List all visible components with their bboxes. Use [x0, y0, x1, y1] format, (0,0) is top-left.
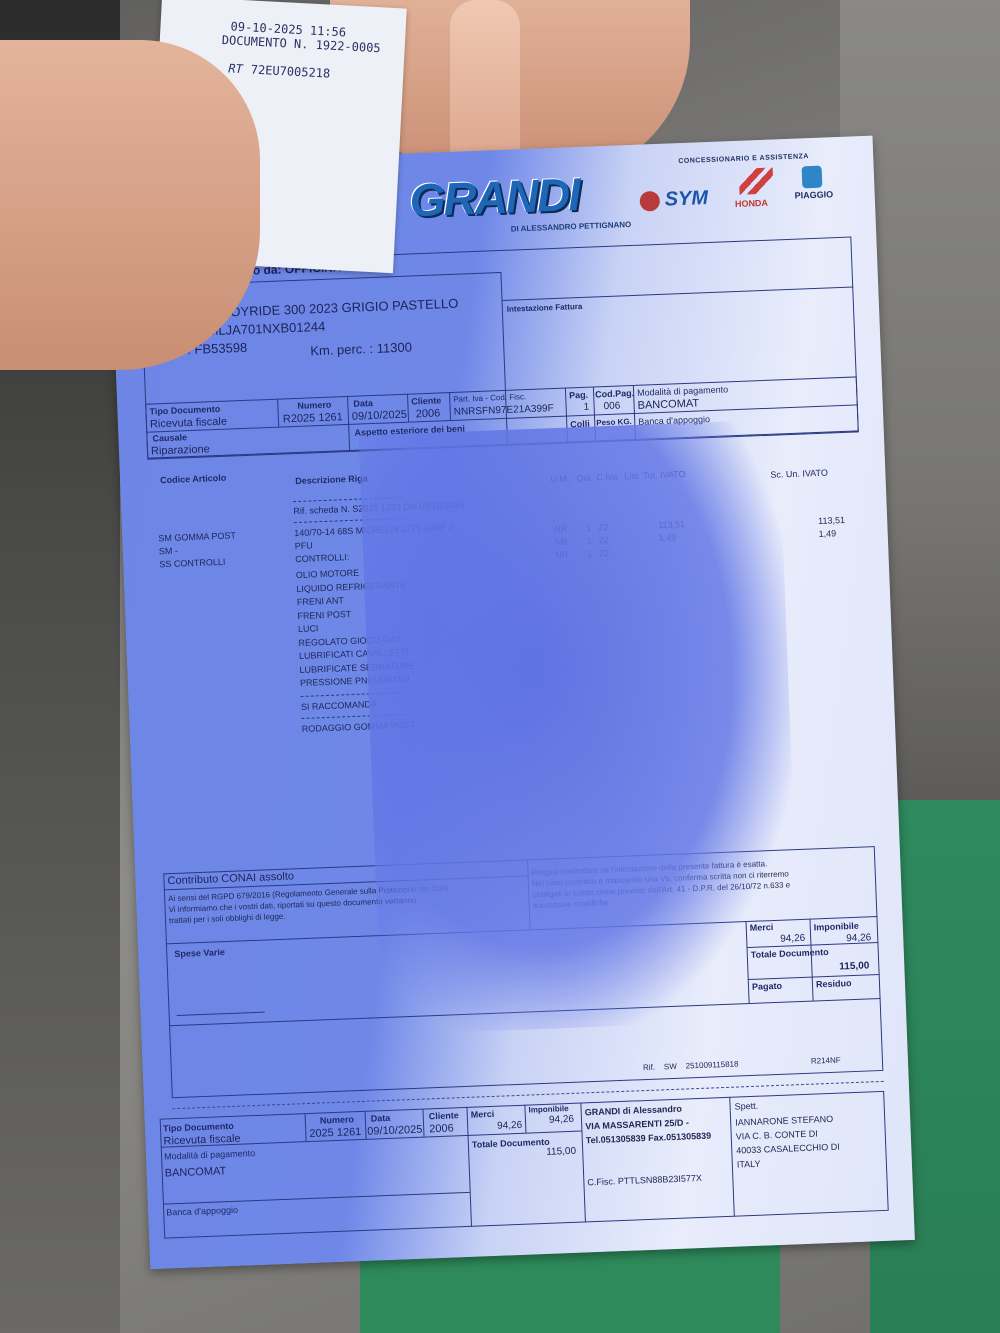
causale-value: Riparazione — [151, 443, 210, 457]
cliente-label: Cliente — [411, 395, 441, 406]
item-code: SM - — [159, 546, 178, 557]
piaggio-logo-icon — [802, 166, 823, 189]
brand-sym: SYM — [664, 187, 708, 212]
data-label: Data — [353, 398, 373, 409]
checklist-item: FRENI ANT — [297, 595, 344, 607]
stub-recipient: IANNARONE STEFANOVIA C. B. CONTE DI40033… — [735, 1112, 841, 1172]
checklist-item: LUBRIFICATE SERRATURE — [299, 660, 414, 674]
merci-value: 94,26 — [780, 933, 805, 945]
codpag-label: Cod.Pag. — [595, 388, 634, 399]
pag-label: Pag. — [569, 390, 588, 401]
scheda-reference: Rif. scheda N. S2025 1333 Del 09/10/2025 — [293, 500, 464, 517]
checklist-item: OLIO MOTORE — [296, 568, 360, 580]
checklist-item: FRENI POST — [297, 608, 351, 620]
cliente-value: 2006 — [416, 407, 441, 420]
item-qty: 1 — [587, 549, 592, 559]
numero-value: R2025 1261 — [283, 411, 343, 425]
recommend-item: RODAGGIO GOMMA POST — [302, 719, 416, 733]
sym-logo-icon — [639, 191, 660, 212]
spese-varie-label: Spese Varie — [174, 947, 225, 959]
item-description: CONTROLLI: — [295, 552, 349, 564]
grandi-logo: GRANDI — [409, 167, 580, 227]
col-iva: C.Iva — [596, 472, 617, 483]
stub-merci-label: Merci — [471, 1109, 495, 1120]
stub-modalita-value: BANCOMAT — [165, 1165, 227, 1179]
stub-company: GRANDI di AlessandroVIA MASSARENTI 25/D … — [584, 1101, 711, 1148]
checklist-item: LUBRIFICATI CAVALLETTI — [299, 647, 409, 661]
col-um: U.M. — [550, 474, 569, 485]
stub-imponibile-label: Imponibile — [528, 1104, 568, 1115]
stub-recipient-label: Spett. — [734, 1101, 758, 1112]
separator — [301, 691, 411, 696]
brand-piaggio: PIAGGIO — [794, 189, 833, 200]
totale-value: 115,00 — [839, 960, 869, 972]
items-list: SM GOMMA POST140/70-14 68S MICHELIN CITY… — [158, 506, 857, 533]
numero-label: Numero — [297, 400, 331, 411]
stub-numero-label: Numero — [320, 1114, 354, 1125]
checklist-item: PRESSIONE PNEUMATICI — [300, 674, 410, 688]
recommend-label: SI RACCOMANDA — [301, 699, 377, 712]
col-descrizione: Descrizione Riga — [295, 473, 368, 486]
peso-label: Peso KG. — [596, 417, 632, 427]
separator — [301, 713, 411, 718]
colli-label: Colli — [570, 419, 590, 430]
item-iva: 22 — [599, 548, 609, 558]
item-description: PFU — [295, 540, 313, 551]
checklist-item: LUCI — [298, 623, 319, 634]
stub-imponibile-value: 94,26 — [549, 1114, 574, 1126]
stub-totale-value: 115,00 — [546, 1146, 576, 1158]
modalita-value: BANCOMAT — [637, 397, 699, 411]
stub-merci-value: 94,26 — [497, 1120, 522, 1132]
codpag-value: 006 — [603, 401, 620, 413]
pagato-label: Pagato — [752, 981, 782, 992]
item-code: SS CONTROLLI — [159, 557, 225, 570]
data-value: 09/10/2025 — [352, 409, 407, 423]
hand-left — [0, 40, 260, 370]
item-code: SM GOMMA POST — [158, 530, 236, 543]
stub-data-label: Data — [371, 1113, 391, 1124]
col-codice: Codice Articolo — [160, 473, 227, 486]
imponibile-value: 94,26 — [846, 932, 871, 944]
brand-honda: HONDA — [735, 198, 768, 209]
stub-cliente-value: 2006 — [429, 1122, 454, 1135]
honda-wing-icon — [739, 167, 774, 194]
merci-label: Merci — [750, 922, 774, 933]
imponibile-label: Imponibile — [814, 921, 859, 933]
col-qta: Qtà — [576, 473, 591, 484]
pag-value: 1 — [583, 402, 589, 413]
rif-right: R214NF — [811, 1056, 841, 1066]
stub-cliente-label: Cliente — [429, 1110, 459, 1121]
col-sc-un: Sc. Un. IVATO — [770, 468, 828, 480]
residuo-label: Residuo — [816, 978, 852, 989]
stub-numero-value: 2025 1261 — [309, 1126, 361, 1140]
checklist-item: LIQUIDO REFRIGERANTE — [296, 579, 406, 593]
stub-data-value: 09/10/2025 — [367, 1124, 422, 1138]
item-um: NR — [555, 550, 568, 560]
col-list-tot: List. Tot. IVATO — [624, 469, 686, 481]
checklist-item: REGOLATO GIOCO GAS — [298, 634, 402, 648]
tagline: CONCESSIONARIO E ASSISTENZA — [678, 153, 809, 165]
causale-label: Causale — [152, 432, 187, 443]
thermal-rt: RT72EU7005218 — [228, 61, 403, 84]
